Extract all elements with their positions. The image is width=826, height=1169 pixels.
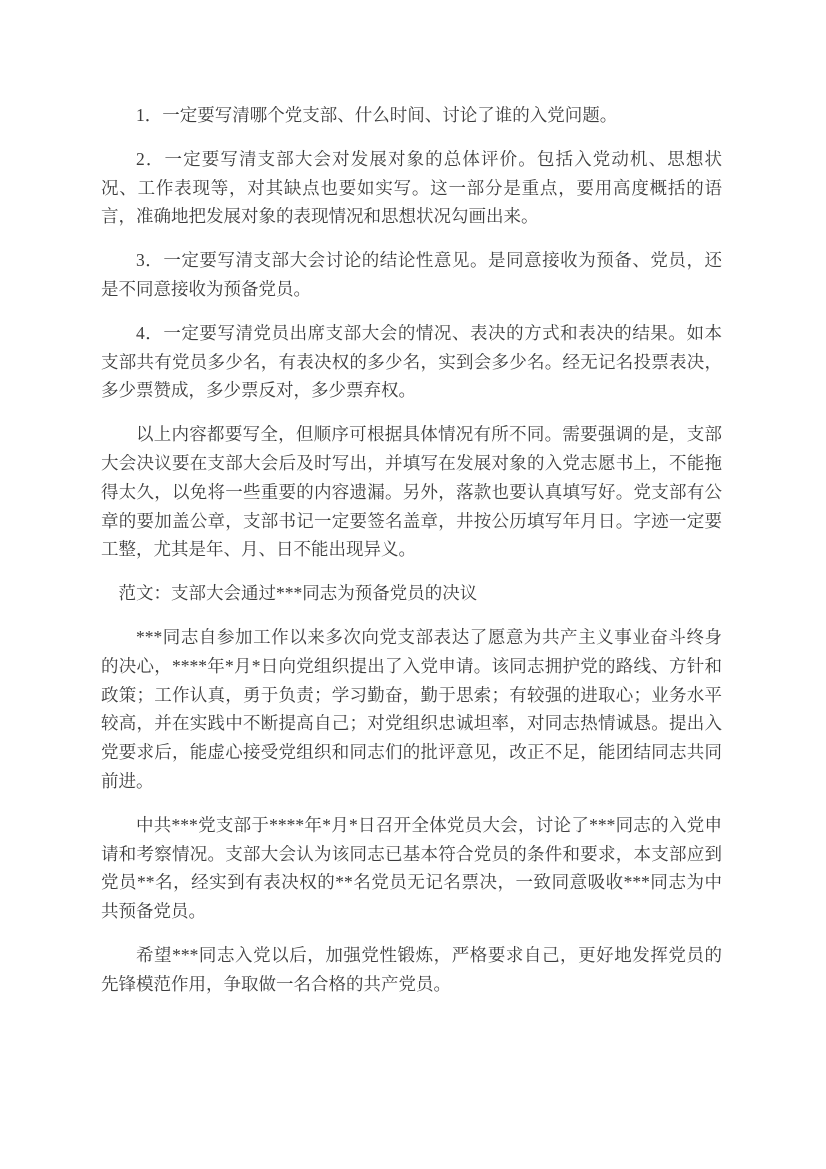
sample-title: 范文：支部大会通过***同志为预备党员的决议 [101, 579, 722, 608]
sample-paragraph-3: 希望***同志入党以后，加强党性锻炼，严格要求自己，更好地发挥党员的先锋模范作用… [101, 941, 722, 999]
document-content: 1．一定要写清哪个党支部、什么时间、讨论了谁的入党问题。2．一定要写清支部大会对… [101, 101, 722, 999]
sample-paragraph-1: ***同志自参加工作以来多次向党支部表达了愿意为共产主义事业奋斗终身的决心，**… [101, 623, 722, 796]
list-item-4: 4．一定要写清党员出席支部大会的情况、表决的方式和表决的结果。如本支部共有党员多… [101, 319, 722, 405]
list-item-2: 2．一定要写清支部大会对发展对象的总体评价。包括入党动机、思想状况、工作表现等，… [101, 145, 722, 231]
document-page: 1．一定要写清哪个党支部、什么时间、讨论了谁的入党问题。2．一定要写清支部大会对… [0, 0, 826, 1169]
list-item-3: 3．一定要写清支部大会讨论的结论性意见。是同意接收为预备、党员，还是不同意接收为… [101, 246, 722, 304]
sample-paragraph-2: 中共***党支部于****年*月*日召开全体党员大会，讨论了***同志的入党申请… [101, 811, 722, 926]
list-item-1: 1．一定要写清哪个党支部、什么时间、讨论了谁的入党问题。 [101, 101, 722, 130]
summary-paragraph: 以上内容都要写全，但顺序可根据具体情况有所不同。需要强调的是，支部大会决议要在支… [101, 420, 722, 564]
